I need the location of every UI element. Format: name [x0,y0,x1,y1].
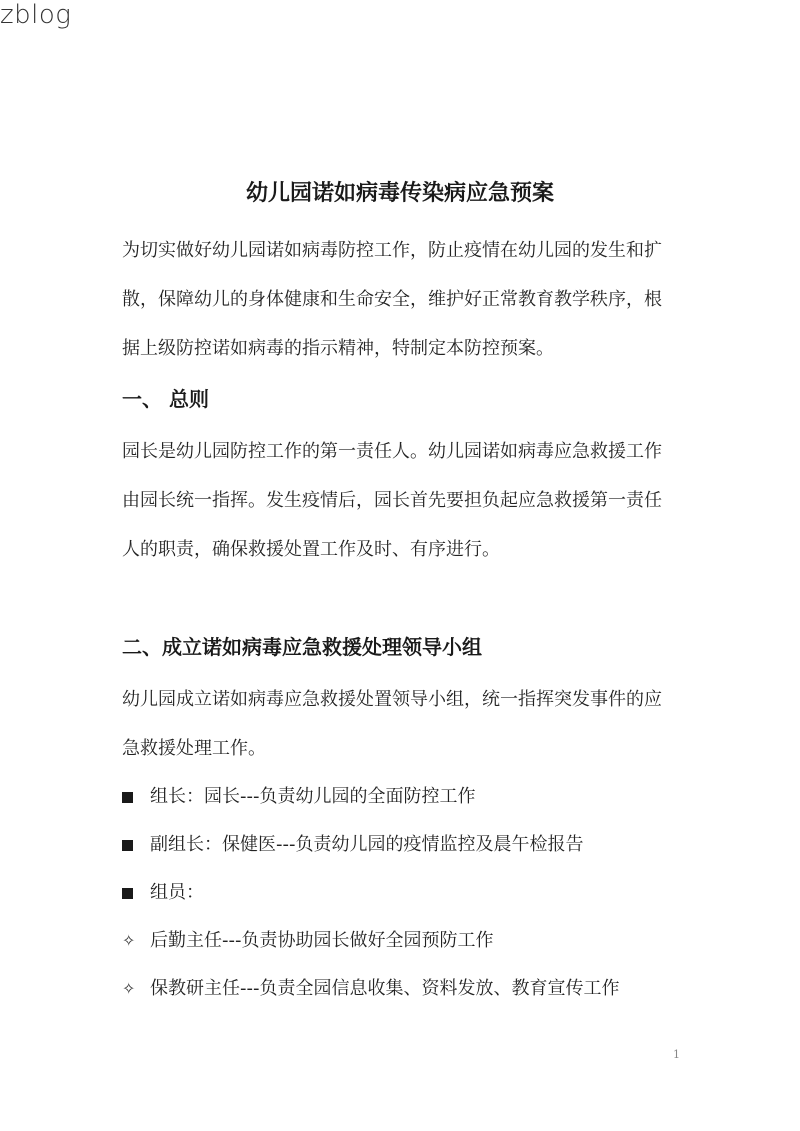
square-bullet-icon [122,840,133,851]
sparkle-bullet-icon: ✧ [122,926,150,956]
leadership-paragraph: 幼儿园成立诺如病毒应急救援处置领导小组，统一指挥突发事件的应 急救援处理工作。 [122,675,688,773]
text-line: 由园长统一指挥。发生疫情后，园长首先要担负起应急救援第一责任 [122,476,688,525]
page-number: 1 [673,1048,680,1061]
text-line: 急救援处理工作。 [122,724,688,773]
list-item-text: 组员： [150,878,204,908]
text-line: 据上级防控诺如病毒的指示精神，特制定本防控预案。 [122,324,688,373]
list-item: 组长：园长---负责幼儿园的全面防控工作 [122,782,475,812]
section-heading-leadership-group: 二、成立诺如病毒应急救援处理领导小组 [122,632,482,662]
square-bullet-icon [122,792,133,803]
text-line: 幼儿园成立诺如病毒应急救援处置领导小组，统一指挥突发事件的应 [122,675,688,724]
list-item: 组员： [122,878,204,908]
square-bullet-icon [122,888,133,899]
general-paragraph: 园长是幼儿园防控工作的第一责任人。幼儿园诺如病毒应急救援工作 由园长统一指挥。发… [122,427,688,574]
text-line: 园长是幼儿园防控工作的第一责任人。幼儿园诺如病毒应急救援工作 [122,427,688,476]
list-item-text: 后勤主任---负责协助园长做好全园预防工作 [150,926,493,956]
list-item: ✧ 保教研主任---负责全园信息收集、资料发放、教育宣传工作 [122,974,619,1004]
sparkle-bullet-icon: ✧ [122,974,150,1004]
list-item-text: 副组长：保健医---负责幼儿园的疫情监控及晨午检报告 [150,830,583,860]
document-title: 幼儿园诺如病毒传染病应急预案 [0,178,800,210]
text-line: 人的职责，确保救援处置工作及时、有序进行。 [122,525,688,574]
text-line: 散，保障幼儿的身体健康和生命安全，维护好正常教育教学秩序，根 [122,275,688,324]
list-item: 副组长：保健医---负责幼儿园的疫情监控及晨午检报告 [122,830,583,860]
intro-paragraph: 为切实做好幼儿园诺如病毒防控工作，防止疫情在幼儿园的发生和扩 散，保障幼儿的身体… [122,226,688,373]
list-item: ✧ 后勤主任---负责协助园长做好全园预防工作 [122,926,493,956]
text-line: 为切实做好幼儿园诺如病毒防控工作，防止疫情在幼儿园的发生和扩 [122,226,688,275]
list-item-text: 组长：园长---负责幼儿园的全面防控工作 [150,782,475,812]
list-item-text: 保教研主任---负责全园信息收集、资料发放、教育宣传工作 [150,974,619,1004]
watermark-logo: zblog [0,0,71,30]
section-heading-general: 一、 总则 [122,384,209,414]
